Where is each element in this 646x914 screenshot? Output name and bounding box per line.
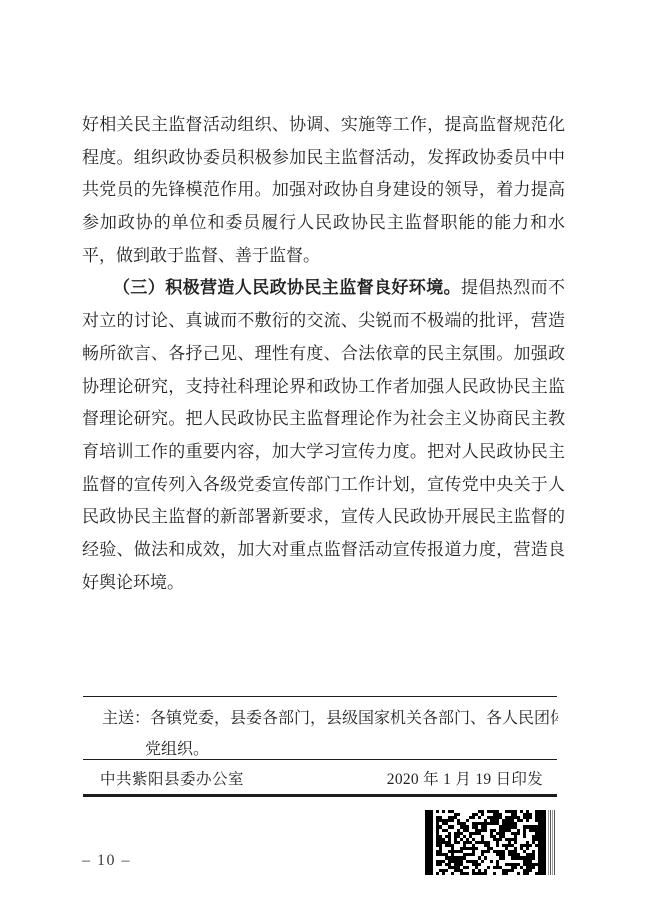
body-text-line: 协理论研究，支持社科理论界和政协工作者加强人民政协民主监 [82, 371, 565, 404]
divider-line-top [83, 696, 557, 697]
print-date: 2020 年 1 月 19 日印发 [387, 767, 543, 789]
body-text-line: 经验、做法和成效，加大对重点监督活动宣传报道力度，营造良 [82, 534, 565, 567]
body-text-line: （三）积极营造人民政协民主监督良好环境。提倡热烈而不 [82, 272, 565, 305]
divider-line-bottom [83, 794, 557, 797]
body-text-line: 好舆论环境。 [82, 567, 565, 600]
section-body-start: 提倡热烈而不 [461, 278, 565, 297]
body-text-line: 民政协民主监督的新部署新要求，宣传人民政协开展民主监督的 [82, 501, 565, 534]
barcode-quiet-stripes [548, 810, 555, 875]
distribution-line: 主送：各镇党委，县委各部门，县级国家机关各部门、各人民团体 [102, 703, 558, 734]
body-text-line: 平，做到敢于监督、善于监督。 [82, 240, 565, 273]
body-text-line: 程度。组织政协委员积极参加民主监督活动，发挥政协委员中中 [82, 142, 565, 175]
body-text: 好相关民主监督活动组织、协调、实施等工作，提高监督规范化 程度。组织政协委员积极… [82, 109, 565, 599]
issuing-office: 中共紫阳县委办公室 [100, 767, 244, 789]
document-page: 好相关民主监督活动组织、协调、实施等工作，提高监督规范化 程度。组织政协委员积极… [0, 0, 646, 914]
section-heading: （三）积极营造人民政协民主监督良好环境。 [113, 278, 461, 297]
distribution-block: 主送：各镇党委，县委各部门，县级国家机关各部门、各人民团体 党组织。 [102, 703, 558, 765]
barcode-noise [436, 810, 538, 875]
document-barcode [425, 810, 555, 875]
distribution-line: 党组织。 [145, 734, 558, 765]
distribution-recipients: 各镇党委，县委各部门，县级国家机关各部门、各人民团体 [150, 710, 558, 727]
body-text-line: 共党员的先锋模范作用。加强对政协自身建设的领导，着力提高 [82, 174, 565, 207]
body-text-line: 育培训工作的重要内容，加大学习宣传力度。把对人民政协民主 [82, 436, 565, 469]
body-text-line: 参加政协的单位和委员履行人民政协民主监督职能的能力和水 [82, 207, 565, 240]
barcode-right-bar [538, 810, 546, 875]
body-text-line: 畅所欲言、各抒己见、理性有度、合法依章的民主氛围。加强政 [82, 338, 565, 371]
issuer-row: 中共紫阳县委办公室 2020 年 1 月 19 日印发 [100, 764, 543, 792]
barcode-left-bar [425, 810, 433, 875]
distribution-label: 主送： [102, 710, 150, 727]
body-text-line: 督理论研究。把人民政协民主监督理论作为社会主义协商民主教 [82, 403, 565, 436]
body-text-line: 对立的讨论、真诚而不敷衍的交流、尖锐而不极端的批评，营造 [82, 305, 565, 338]
body-text-line: 监督的宣传列入各级党委宣传部门工作计划，宣传党中央关于人 [82, 469, 565, 502]
body-text-line: 好相关民主监督活动组织、协调、实施等工作，提高监督规范化 [82, 109, 565, 142]
page-number: – 10 – [82, 852, 131, 870]
